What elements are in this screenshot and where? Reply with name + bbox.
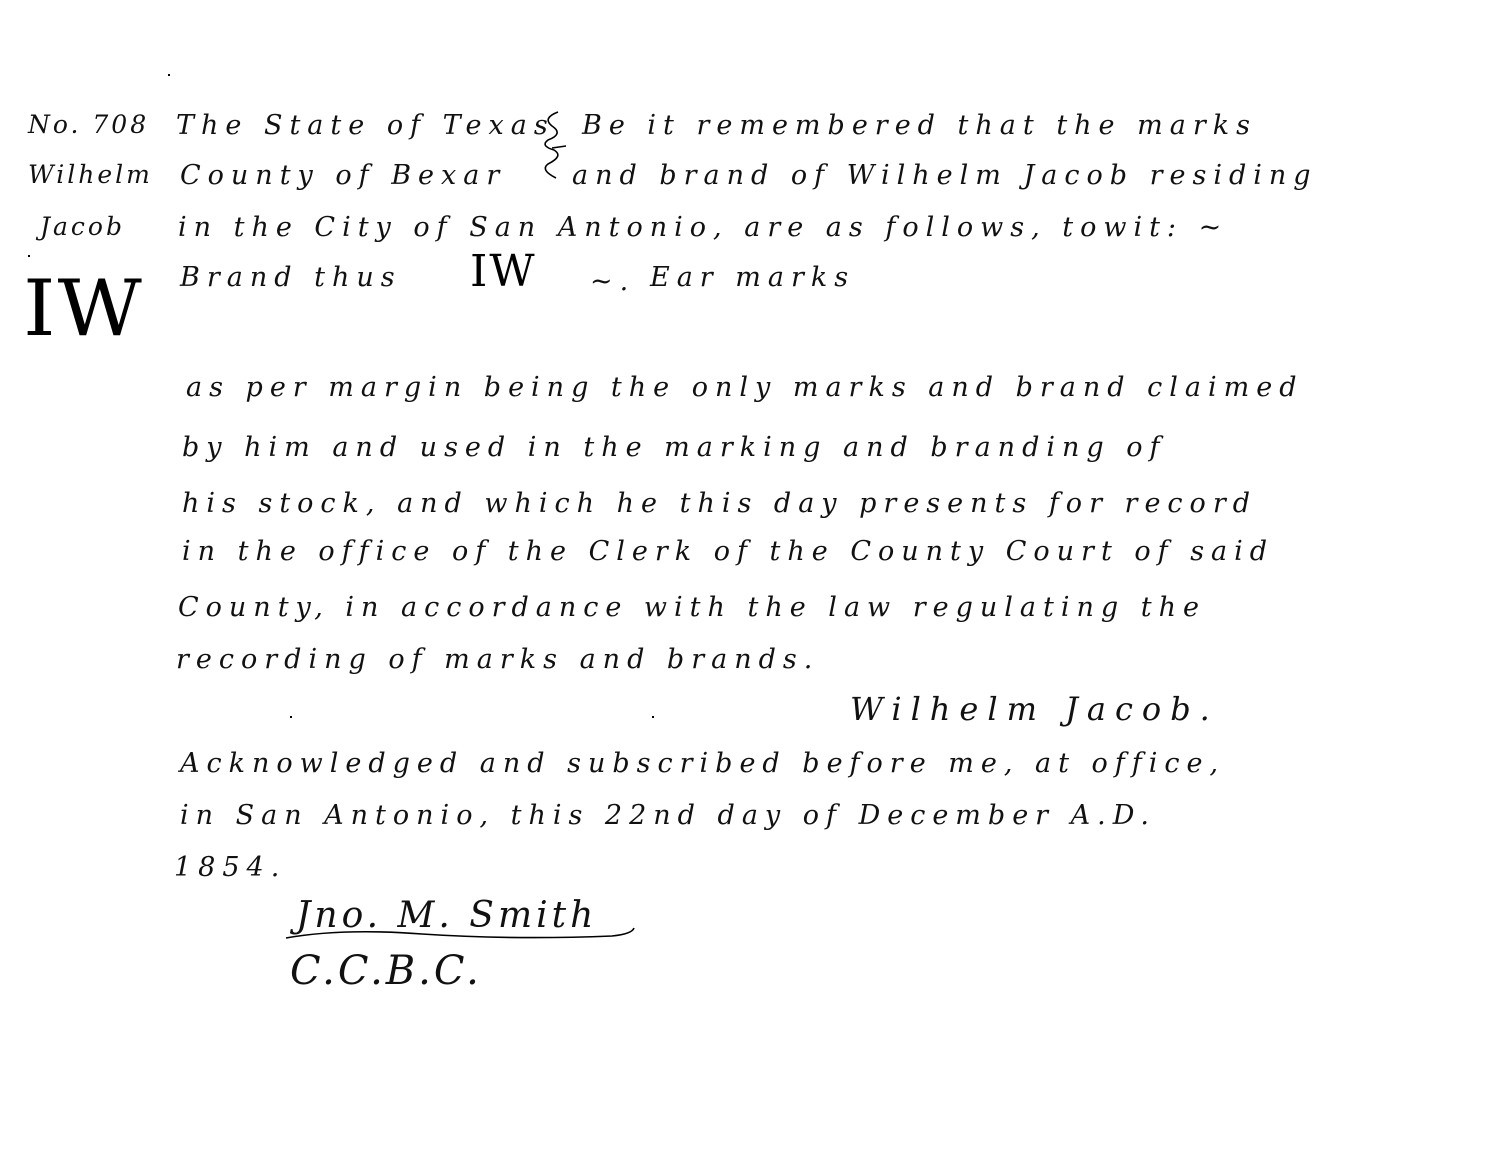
acknowledgment-line-1: Acknowledged and subscribed before me, a… [180,748,1225,779]
margin-brand-mark: IW [23,270,144,348]
ear-marks-label: Ear marks [650,262,855,293]
margin-name-last: Jacob [40,212,125,241]
record-number: No. 708 [28,110,149,139]
inline-brand-mark: IW [470,250,537,294]
body-line-10: County, in accordance with the law regul… [178,592,1206,623]
body-line-8: his stock, and which he this day present… [182,488,1257,519]
acknowledgment-line-3: 1854. [174,852,286,883]
body-line-3: in the City of San Antonio, are as follo… [178,212,1228,243]
clerk-signature-flourish [282,920,652,950]
ear-marks-separator: ~. [590,266,635,297]
clerk-signature-title: C.C.B.C. [290,948,482,994]
state-heading: The State of Texas [176,110,555,141]
acknowledgment-line-2: in San Antonio, this 22nd day of Decembe… [180,800,1156,831]
owner-signature: Wilhelm Jacob. [850,690,1219,728]
body-line-11: recording of marks and brands. [176,644,819,675]
brand-label: Brand thus [180,262,402,293]
margin-name-first: Wilhelm [28,160,153,189]
brace-mark [538,108,568,188]
scan-speck [168,74,170,76]
body-line-9: in the office of the Clerk of the County… [182,536,1274,567]
scan-speck [652,716,654,718]
scan-speck [28,255,30,257]
body-line-1: Be it remembered that the marks [582,110,1257,141]
body-line-6: as per margin being the only marks and b… [186,372,1304,403]
body-line-7: by him and used in the marking and brand… [182,432,1167,463]
scan-speck [290,716,292,718]
body-line-2: and brand of Wilhelm Jacob residing [572,160,1318,191]
county-heading: County of Bexar [180,160,506,191]
